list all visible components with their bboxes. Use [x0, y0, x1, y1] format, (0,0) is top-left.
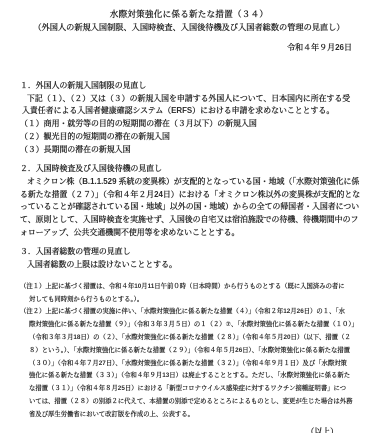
section-1-item-2: （２）観光目的の短期間の滞在の新規入国	[20, 131, 358, 144]
section-1-item-3: （３）長期間の滞在の新規入国	[20, 144, 358, 157]
section-3-paragraph-line: 入国者総数の上限は設けないこととする。	[20, 259, 358, 272]
note-2-line: いては、措置（２８）の別添２に代えて、本措置の別添で定めるところによるものとし、…	[20, 396, 358, 409]
note-2-line: （注２）上記に基づく措置の実施に伴い、「水際対策強化に係る新たな措置（４）」（令…	[20, 306, 358, 319]
note-2-line: （３０）」（令和４年７月27日）、「水際対策強化に係る新たな措置（３２）」（令和…	[20, 358, 358, 371]
note-2-line: ８）という。）、「水際対策強化に係る新たな措置（２９）」（令和４年５月26日）、…	[20, 345, 358, 358]
notes-block: （注１）上記に基づく措置は、令和４年10月11日午前０時（日本時間）から行うもの…	[20, 281, 358, 422]
section-1-paragraph-line: 入責任者による入国者健康確認システム（ERFS）における申請を求めないこととする…	[20, 105, 358, 118]
section-2-paragraph-line: オミクロン株（B.1.1.529 系統の変異株）が支配的となっている国・地域（「…	[20, 176, 358, 189]
section-2-paragraph-line: ォローアップ、公共交通機関不使用等を求めないこととする。	[20, 227, 358, 240]
document-date: 令和４年９月26日	[20, 41, 358, 54]
note-1-line: 対しても同時刻から行うものとする。）。	[20, 294, 358, 307]
section-entry-testing-quarantine: ２．入国時検査及び入国後待機の見直し オミクロン株（B.1.1.529 系統の変…	[20, 163, 358, 239]
document-title: 水際対策強化に係る新たな措置（３４）	[20, 8, 358, 21]
section-1-paragraph-line: 下記（１）、（２）又は（３）の新規入国を申請する外国人について、日本国内に所在す…	[20, 93, 358, 106]
note-2-line: （令和３年３月18日）の（２）、「水際対策強化に係る新たな措置（２８）」（令和４…	[20, 332, 358, 345]
note-2-line: 際対策強化に係る新たな措置（９）」（令和３年３月５日）の１（２）⑦、「水際対策強…	[20, 319, 358, 332]
section-1-item-1: （１）商用・就労等の目的の短期間の滞在（３月以下）の新規入国	[20, 118, 358, 131]
document-subtitle: （外国人の新規入国制限、入国時検査、入国後待機及び入国者総数の管理の見直し）	[20, 21, 358, 34]
section-2-paragraph-line: る新たな措置（２７）」（令和４年２月24日）における「オミクロン株以外の変異株が…	[20, 189, 358, 202]
note-2-line: な措置（３１）」（令和４年８月25日）における「新型コロナウイルス感染症に対する…	[20, 383, 358, 396]
note-2-line: 強化に係る新たな措置（３３）」（令和４年９月13日）は廃止することとする。ただし…	[20, 370, 358, 383]
section-1-heading: １．外国人の新規入国制限の見直し	[20, 80, 358, 93]
note-1-line: （注１）上記に基づく措置は、令和４年10月11日午前０時（日本時間）から行うもの…	[20, 281, 358, 294]
section-2-paragraph-line: て、原則として、入国時検査を実施せず、入国後の自宅又は宿泊施設での待機、待機期間…	[20, 214, 358, 227]
section-3-heading: ３．入国者総数の管理の見直し	[20, 246, 358, 259]
closing-mark: （以上）	[20, 425, 358, 433]
section-2-paragraph-line: っていることが確認されている国・地域」以外の国・地域）からの全ての帰国者・入国者…	[20, 201, 358, 214]
note-2-line: 省及び厚生労働省において改訂版を作成の上、公表する。	[20, 409, 358, 422]
document-page: 水際対策強化に係る新たな措置（３４） （外国人の新規入国制限、入国時検査、入国後…	[0, 0, 376, 433]
section-new-entry-restrictions: １．外国人の新規入国制限の見直し 下記（１）、（２）又は（３）の新規入国を申請す…	[20, 80, 358, 156]
section-2-heading: ２．入国時検査及び入国後待機の見直し	[20, 163, 358, 176]
section-total-entrants-cap: ３．入国者総数の管理の見直し 入国者総数の上限は設けないこととする。	[20, 246, 358, 271]
